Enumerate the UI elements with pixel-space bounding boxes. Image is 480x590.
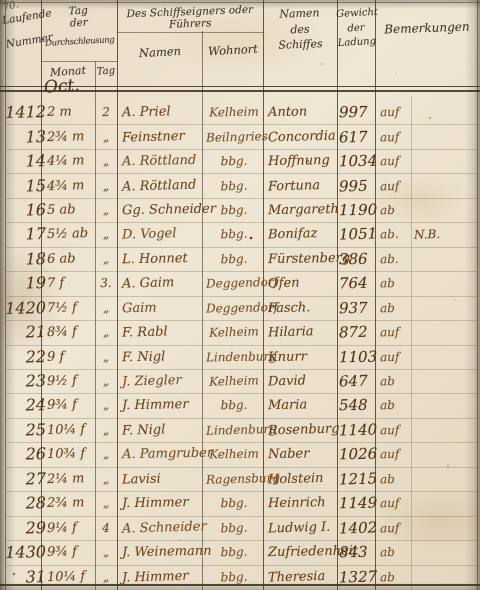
cell-gewicht: 1215: [339, 469, 374, 488]
cell-gewicht: 1103: [339, 347, 374, 366]
cell-schiffsname: Zufriedenheit: [268, 544, 336, 560]
cell-uhrzeit: 4¾ m: [47, 177, 93, 193]
cell-wohnort: Kelheim: [206, 324, 262, 340]
table-row: 26 10¾ f „ A. Pamgruber Kelheim Naber 10…: [0, 442, 480, 466]
cell-richtung: auf: [380, 178, 410, 193]
cell-gewicht: 937: [339, 298, 374, 317]
cell-tag: „: [96, 472, 116, 487]
column-header-laufende-nummer: Laufende Nummer: [1, 9, 42, 50]
row-ruling: [5, 149, 477, 150]
cell-schiffsname: Ofen: [268, 275, 336, 292]
row-ruling: [5, 491, 477, 492]
cell-tag: „: [96, 496, 116, 510]
cell-gewicht: 995: [339, 176, 374, 195]
table-row: 1420 7½ f „ Gaim Deggendorf Fasch. 937 a…: [0, 296, 480, 320]
cell-bemerkung: [414, 161, 472, 162]
cell-tag: „: [96, 129, 116, 144]
cell-bemerkung: [414, 258, 472, 259]
table-row: 23 9½ f „ J. Ziegler Kelheim David 647 a…: [0, 369, 480, 393]
row-ruling: [5, 393, 477, 394]
cell-richtung: auf: [380, 422, 410, 437]
cell-tag: „: [96, 569, 116, 584]
row-ruling: [5, 124, 477, 125]
cell-uhrzeit: 9½ f: [47, 373, 93, 389]
cell-richtung: ab: [380, 276, 410, 291]
cell-laufende-nummer: 17: [4, 224, 47, 244]
cell-richtung: ab: [380, 300, 410, 315]
cell-wohnort: Kelheim: [206, 373, 262, 389]
column-header-tag-der-durchschleusung: Tag der Durchschleusung: [40, 3, 118, 50]
column-header-gewicht: Gewicht der Ladung: [336, 7, 376, 49]
cell-uhrzeit: 5 ab: [47, 202, 93, 218]
cell-eigner-name: Lavisi: [122, 470, 202, 487]
header-line: Ladung: [337, 36, 376, 49]
cell-gewicht: 647: [339, 372, 374, 391]
cell-eigner-name: A. Röttland: [122, 177, 202, 194]
cell-eigner-name: A. Gaim: [122, 275, 202, 292]
row-ruling: [5, 271, 477, 272]
cell-gewicht: 997: [339, 103, 374, 122]
cell-bemerkung: [414, 429, 472, 431]
table-row: 29 9¼ f 4 A. Schneider bbg. Ludwig I. 14…: [0, 515, 480, 539]
subheader-wohnort: Wohnort: [203, 42, 264, 58]
cell-wohnort: Deggendorf: [206, 276, 262, 292]
cell-laufende-nummer: 1412: [4, 102, 46, 122]
cell-eigner-name: Feinstner: [122, 128, 202, 145]
cell-bemerkung: [414, 282, 472, 284]
cell-uhrzeit: 9¾ f: [47, 544, 93, 560]
cell-bemerkung: [414, 136, 472, 138]
subheader-namen: Namen: [119, 44, 202, 61]
cell-tag: „: [96, 154, 116, 168]
cell-wohnort: Lindenburg: [206, 349, 262, 364]
cell-richtung: ab.: [380, 227, 410, 242]
column-header-schiffseigner: Des Schiffseigners oder Führers: [119, 4, 262, 33]
cell-tag: 4: [96, 520, 116, 535]
table-row: 1412 2 m 2 A. Priel Kelheim Anton 997 au…: [0, 100, 480, 124]
cell-laufende-nummer: 27: [4, 469, 47, 489]
cell-schiffsname: Naber: [268, 446, 336, 462]
cell-uhrzeit: 7 f: [47, 275, 93, 291]
cell-richtung: auf: [380, 520, 410, 535]
table-row: 28 2¾ m „ J. Himmer bbg. Heinrich 1149 a…: [0, 491, 480, 515]
cell-richtung: ab: [380, 203, 410, 218]
cell-bemerkung: [414, 527, 472, 529]
row-ruling: [5, 467, 477, 468]
cell-wohnort: Ragensburg: [206, 471, 262, 487]
cell-bemerkung: [414, 454, 472, 455]
header-line: der: [337, 22, 376, 35]
cell-bemerkung: N.B.: [414, 227, 472, 243]
cell-gewicht: 617: [339, 127, 374, 146]
cell-uhrzeit: 2¾ m: [47, 495, 93, 511]
cell-uhrzeit: 7½ f: [47, 300, 93, 316]
cell-gewicht: 548: [339, 396, 374, 415]
row-ruling: [5, 198, 477, 199]
cell-eigner-name: J. Himmer: [122, 568, 202, 585]
table-row: 17 5½ ab „ D. Vogel bbg. Bonifaz 1051 ab…: [0, 222, 480, 246]
cell-eigner-name: F. Rabl: [122, 324, 202, 341]
cell-laufende-nummer: 28: [4, 493, 46, 513]
header-line: Namen: [263, 7, 335, 22]
table-row: 16 5 ab „ Gg. Schneider bbg. Margareth 1…: [0, 198, 480, 222]
cell-schiffsname: Rosenburg: [268, 421, 336, 438]
cell-gewicht: 1034: [339, 152, 374, 171]
cell-richtung: auf: [380, 325, 410, 340]
cell-richtung: ab: [380, 398, 410, 413]
table-row: 31 10¼ f „ J. Himmer bbg. Theresia 1327 …: [0, 564, 480, 588]
subheader-tag: Tag: [95, 65, 118, 78]
cell-richtung: ab: [380, 374, 410, 389]
table-line: [117, 32, 263, 33]
cell-richtung: ab: [380, 569, 410, 584]
cell-gewicht: 1402: [339, 518, 374, 537]
row-ruling: [5, 320, 477, 321]
cell-schiffsname: Margareth: [268, 202, 336, 218]
cell-tag: 2: [96, 105, 116, 119]
cell-gewicht: 1026: [339, 445, 374, 464]
cell-tag: „: [96, 447, 116, 461]
cell-eigner-name: A. Pamgruber: [122, 446, 202, 462]
cell-tag: „: [96, 301, 116, 315]
cell-richtung: ab.: [380, 252, 410, 267]
cell-schiffsname: Fasch.: [268, 300, 336, 316]
cell-laufende-nummer: 1430: [4, 542, 46, 562]
cell-bemerkung: [414, 478, 472, 480]
row-ruling: [5, 418, 477, 419]
table-row: 22 9 f „ F. Nigl Lindenburg Knurr 1103 a…: [0, 344, 480, 368]
cell-bemerkung: [414, 185, 472, 187]
table-row: 15 4¾ m „ A. Röttland bbg. Fortuna 995 a…: [0, 173, 480, 197]
cell-eigner-name: J. Himmer: [122, 495, 202, 511]
cell-wohnort: bbg.: [206, 227, 262, 243]
cell-gewicht: 872: [339, 323, 374, 342]
cell-richtung: ab: [380, 471, 410, 486]
cell-laufende-nummer: 29: [4, 518, 47, 538]
header-line: der: [41, 15, 118, 31]
cell-laufende-nummer: 21: [4, 322, 47, 342]
cell-laufende-nummer: 13: [4, 127, 47, 147]
cell-richtung: auf: [380, 349, 410, 364]
row-ruling: [5, 565, 477, 566]
row-ruling: [5, 540, 477, 541]
cell-uhrzeit: 9¾ f: [47, 398, 93, 414]
cell-laufende-nummer: 25: [4, 420, 47, 440]
row-ruling: [5, 173, 477, 174]
cell-schiffsname: Holstein: [268, 470, 336, 487]
cell-uhrzeit: 2 m: [47, 104, 93, 120]
cell-schiffsname: Hilaria: [268, 324, 336, 341]
cell-tag: 3.: [96, 276, 116, 291]
cell-tag: „: [96, 423, 116, 438]
cell-gewicht: 764: [339, 274, 374, 293]
row-ruling: [5, 222, 477, 223]
table-row: 14 4¼ m „ A. Röttland bbg. Hoffnung 1034…: [0, 149, 480, 173]
row-ruling: [5, 247, 477, 248]
table-row: 13 2¾ m „ Feinstner Beilngries Concordia…: [0, 124, 480, 148]
cell-uhrzeit: 4¼ m: [47, 153, 93, 169]
cell-uhrzeit: 8¾ f: [47, 324, 93, 340]
cell-laufende-nummer: 23: [4, 371, 47, 391]
cell-wohnort: Lindenburg: [206, 422, 262, 438]
header-line: Schiffes: [264, 38, 336, 53]
cell-uhrzeit: 9¼ f: [47, 520, 93, 536]
cell-richtung: auf: [380, 129, 410, 144]
table-row: 27 2¼ m „ Lavisi Ragensburg Holstein 121…: [0, 467, 480, 491]
cell-laufende-nummer: 22: [4, 347, 46, 367]
cell-laufende-nummer: 26: [4, 444, 46, 464]
cell-laufende-nummer: 14: [4, 151, 46, 171]
cell-eigner-name: J. Himmer: [122, 397, 202, 413]
cell-wohnort: bbg.: [206, 569, 262, 585]
cell-wohnort: bbg.: [206, 496, 262, 511]
cell-eigner-name: A. Röttland: [122, 153, 202, 169]
cell-wohnort: bbg.: [206, 545, 262, 560]
cell-wohnort: bbg.: [206, 154, 262, 169]
header-line: des: [264, 22, 336, 37]
cell-wohnort: bbg.: [206, 178, 262, 194]
cell-schiffsname: Concordia: [268, 128, 336, 145]
cell-uhrzeit: 10¾ f: [47, 446, 93, 462]
cell-eigner-name: Gg. Schneider: [122, 202, 202, 218]
cell-richtung: auf: [380, 447, 410, 462]
cell-gewicht: 1149: [339, 494, 374, 513]
cell-laufende-nummer: 24: [4, 396, 46, 416]
cell-eigner-name: J. Ziegler: [122, 372, 202, 389]
cell-tag: „: [96, 203, 116, 217]
table-row: 25 10¼ f „ F. Nigl Lindenburg Rosenburg …: [0, 418, 480, 442]
cell-laufende-nummer: 16: [4, 200, 46, 220]
cell-wohnort: Kelheim: [206, 105, 262, 120]
cell-eigner-name: A. Priel: [122, 104, 202, 120]
cell-gewicht: 843: [339, 543, 374, 562]
cell-schiffsname: Fürstenberg: [268, 251, 336, 267]
cell-gewicht: 1051: [339, 225, 374, 244]
row-ruling: [5, 516, 477, 517]
cell-schiffsname: Bonifaz: [268, 226, 336, 243]
cell-schiffsname: Maria: [268, 397, 336, 413]
cell-tag: „: [96, 227, 116, 242]
table-row: 18 6 ab „ L. Honnet bbg. Fürstenberg 386…: [0, 247, 480, 271]
cell-uhrzeit: 9 f: [47, 349, 93, 365]
cell-laufende-nummer: 19: [4, 273, 47, 293]
cell-schiffsname: Hoffnung: [268, 153, 336, 169]
cell-uhrzeit: 2¾ m: [47, 129, 93, 145]
cell-uhrzeit: 6 ab: [47, 251, 93, 267]
cell-tag: „: [96, 349, 116, 363]
cell-bemerkung: [414, 552, 472, 553]
cell-wohnort: Beilngries: [206, 129, 262, 145]
cell-wohnort: bbg.: [206, 251, 262, 266]
cell-gewicht: 1190: [339, 201, 374, 220]
cell-uhrzeit: 10¼ f: [47, 422, 93, 438]
cell-bemerkung: [414, 576, 472, 578]
column-header-schiffsname: Namen des Schiffes: [263, 7, 336, 53]
cell-schiffsname: Anton: [268, 104, 336, 120]
cell-tag: „: [96, 545, 116, 559]
cell-eigner-name: Gaim: [122, 300, 202, 316]
cell-bemerkung: [414, 209, 472, 210]
cell-uhrzeit: 2¼ m: [47, 471, 93, 487]
cell-uhrzeit: 5½ ab: [47, 226, 93, 242]
cell-tag: „: [96, 178, 116, 193]
cell-schiffsname: Heinrich: [268, 495, 336, 511]
table-row: 19 7 f 3. A. Gaim Deggendorf Ofen 764 ab: [0, 271, 480, 295]
cell-schiffsname: Knurr: [268, 349, 336, 365]
row-ruling: [5, 345, 477, 346]
cell-richtung: auf: [380, 496, 410, 511]
cell-tag: „: [96, 252, 116, 266]
cell-eigner-name: F. Nigl: [122, 348, 202, 364]
cell-richtung: auf: [380, 105, 410, 120]
cell-bemerkung: [414, 307, 472, 308]
cell-gewicht: 1327: [339, 567, 374, 586]
cell-bemerkung: [414, 503, 472, 504]
cell-wohnort: Kelheim: [206, 447, 262, 462]
cell-schiffsname: Fortuna: [268, 177, 336, 194]
month-value: Oct.: [43, 74, 94, 97]
cell-tag: „: [96, 398, 116, 412]
cell-laufende-nummer: 15: [4, 175, 47, 195]
cell-eigner-name: L. Honnet: [122, 251, 202, 267]
cell-laufende-nummer: 31: [4, 566, 47, 586]
cell-eigner-name: A. Schneider: [122, 519, 202, 536]
cell-laufende-nummer: 1420: [4, 298, 46, 318]
cell-richtung: ab: [380, 545, 410, 560]
cell-richtung: auf: [380, 154, 410, 169]
cell-bemerkung: [414, 356, 472, 357]
table-row: 24 9¾ f „ J. Himmer bbg. Maria 548 ab: [0, 393, 480, 417]
table-row: 1430 9¾ f „ J. Weinemann bbg. Zufriedenh…: [0, 540, 480, 564]
cell-schiffsname: David: [268, 373, 336, 390]
cell-bemerkung: [414, 112, 472, 113]
cell-bemerkung: [414, 405, 472, 406]
cell-wohnort: bbg.: [206, 398, 262, 413]
cell-uhrzeit: 10¼ f: [47, 568, 93, 584]
ledger-page: 70. Laufende Nummer Tag der Durchschleus…: [0, 0, 480, 590]
cell-gewicht: 386: [339, 250, 374, 269]
header-line: Durchschleusung: [42, 36, 118, 50]
cell-eigner-name: F. Nigl: [122, 421, 202, 438]
cell-laufende-nummer: 18: [4, 249, 46, 269]
cell-gewicht: 1140: [339, 420, 374, 439]
column-header-bemerkungen: Bemerkungen: [377, 20, 477, 37]
table-line: [41, 61, 117, 62]
cell-schiffsname: Theresia: [268, 568, 336, 585]
cell-eigner-name: J. Weinemann: [122, 544, 202, 560]
table-line: [0, 2, 480, 3]
cell-bemerkung: [414, 380, 472, 382]
row-ruling: [5, 296, 477, 297]
header-line: Gewicht: [336, 7, 375, 20]
cell-schiffsname: Ludwig I.: [268, 519, 336, 536]
table-row: 21 8¾ f „ F. Rabl Kelheim Hilaria 872 au…: [0, 320, 480, 344]
cell-wohnort: Deggendorf: [206, 300, 262, 315]
cell-bemerkung: [414, 331, 472, 333]
row-ruling: [5, 369, 477, 370]
row-ruling: [5, 442, 477, 443]
cell-tag: „: [96, 374, 116, 389]
cell-wohnort: bbg.: [206, 202, 262, 217]
cell-eigner-name: D. Vogel: [122, 226, 202, 243]
cell-tag: „: [96, 325, 116, 340]
cell-wohnort: bbg.: [206, 520, 262, 536]
header-line: Nummer: [5, 33, 42, 51]
